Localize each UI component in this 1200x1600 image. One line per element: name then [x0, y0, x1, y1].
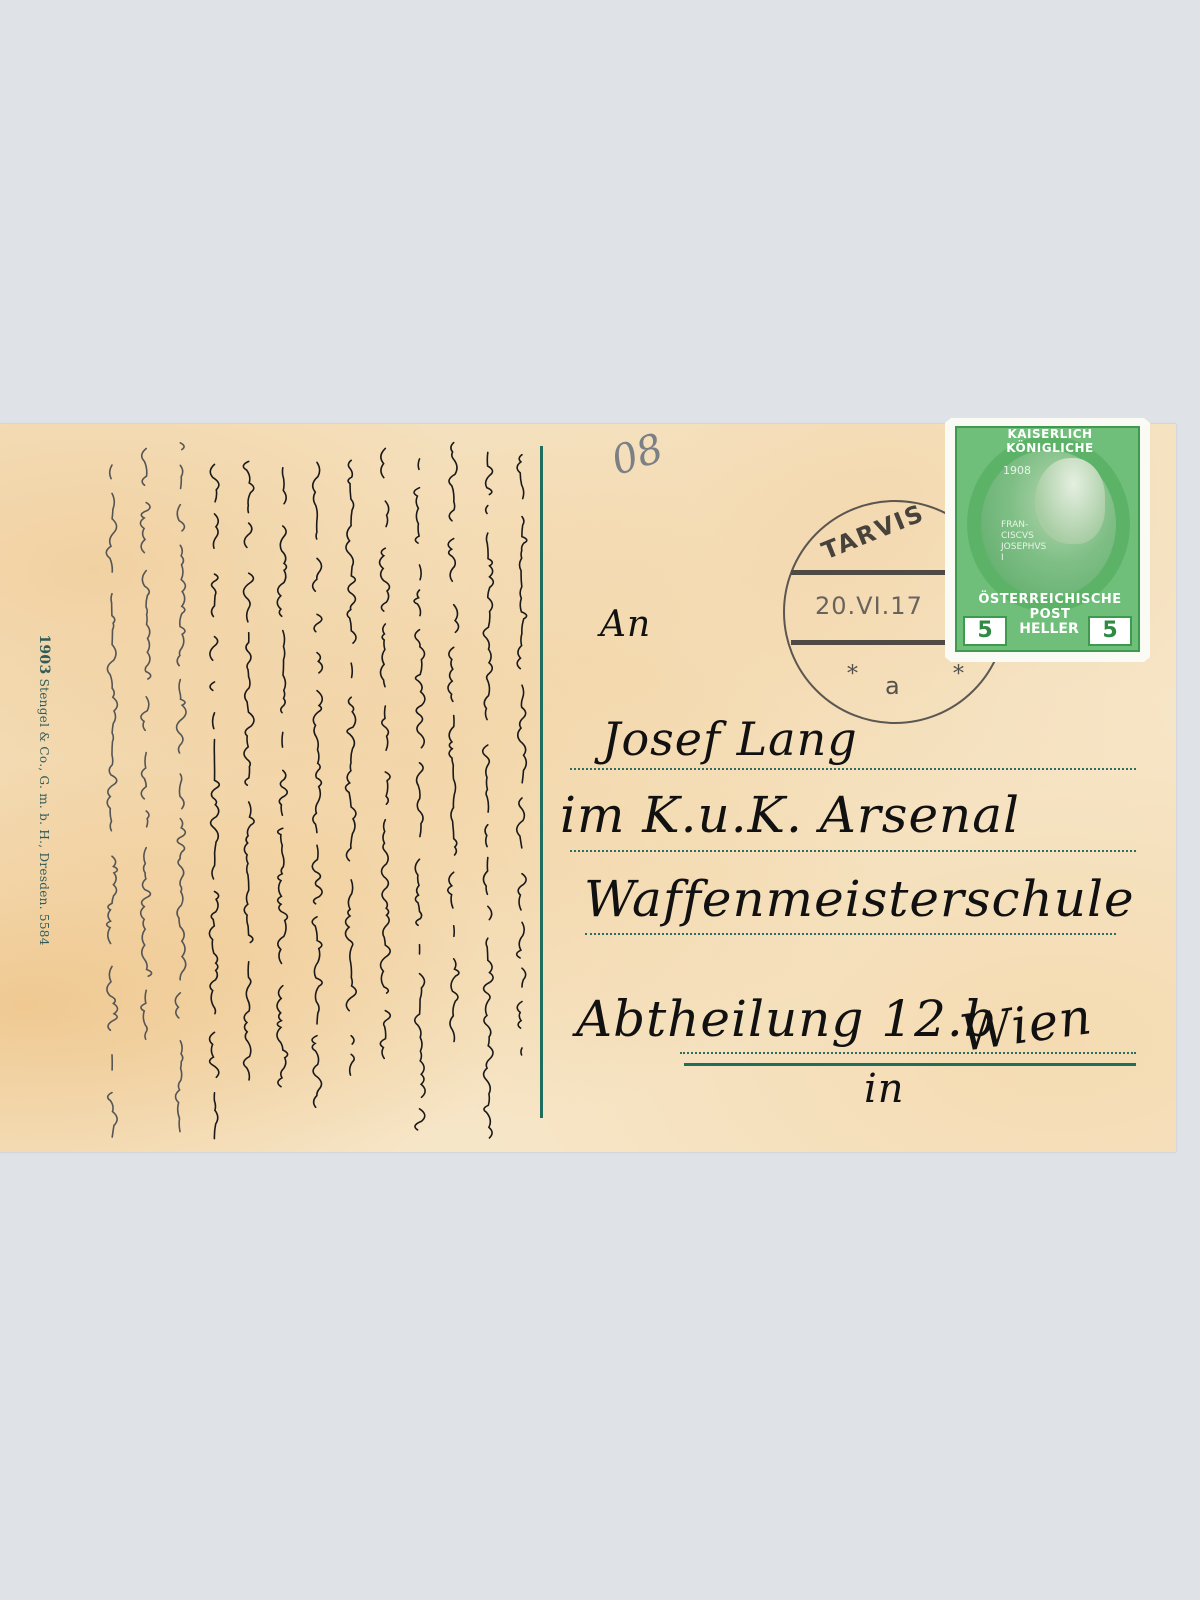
stamp-denomination: HELLER [1009, 621, 1089, 637]
address-rule [570, 768, 1136, 770]
card-divider [540, 446, 543, 1118]
address-rule [570, 850, 1136, 852]
address-city-prefix: in [864, 1066, 905, 1112]
stamp-issuer-top: KAISERLICH KÖNIGLICHE [965, 427, 1135, 455]
postmark-date: 20.VI.17 [815, 592, 923, 620]
address-rule [585, 933, 1116, 935]
stamp-portrait-legend: FRAN- CISCVS JOSEPHVS I [1001, 520, 1046, 564]
star-icon: * [953, 662, 964, 687]
address-rule-solid [684, 1063, 1136, 1066]
imprint-year: 1903 [36, 634, 52, 674]
address-line-1: im K.u.K. Arsenal [560, 786, 1020, 844]
address-salutation: An [600, 604, 651, 645]
postmark-sub-letter: a [885, 672, 900, 700]
stamp-value-right: 5 [1088, 616, 1132, 646]
recipient-name: Josef Lang [602, 712, 858, 766]
address-line-3: Abtheilung 12.b [576, 990, 997, 1048]
stamp-value-left: 5 [963, 616, 1007, 646]
imprint-text: Stengel & Co., G. m. b. H., Dresden. 558… [37, 679, 51, 946]
handwriting-strokes [100, 430, 540, 1148]
star-icon: * [847, 662, 858, 687]
handwritten-message [100, 430, 540, 1148]
address-rule [680, 1052, 1136, 1054]
address-line-2: Waffenmeisterschule [584, 870, 1135, 928]
postage-stamp: 1908 FRAN- CISCVS JOSEPHVS I KAISERLICH … [945, 418, 1150, 662]
stamp-year: 1908 [1003, 464, 1031, 477]
publisher-imprint: 1903 Stengel & Co., G. m. b. H., Dresden… [36, 634, 52, 945]
stamp-frame: 1908 FRAN- CISCVS JOSEPHVS I KAISERLICH … [955, 426, 1140, 652]
